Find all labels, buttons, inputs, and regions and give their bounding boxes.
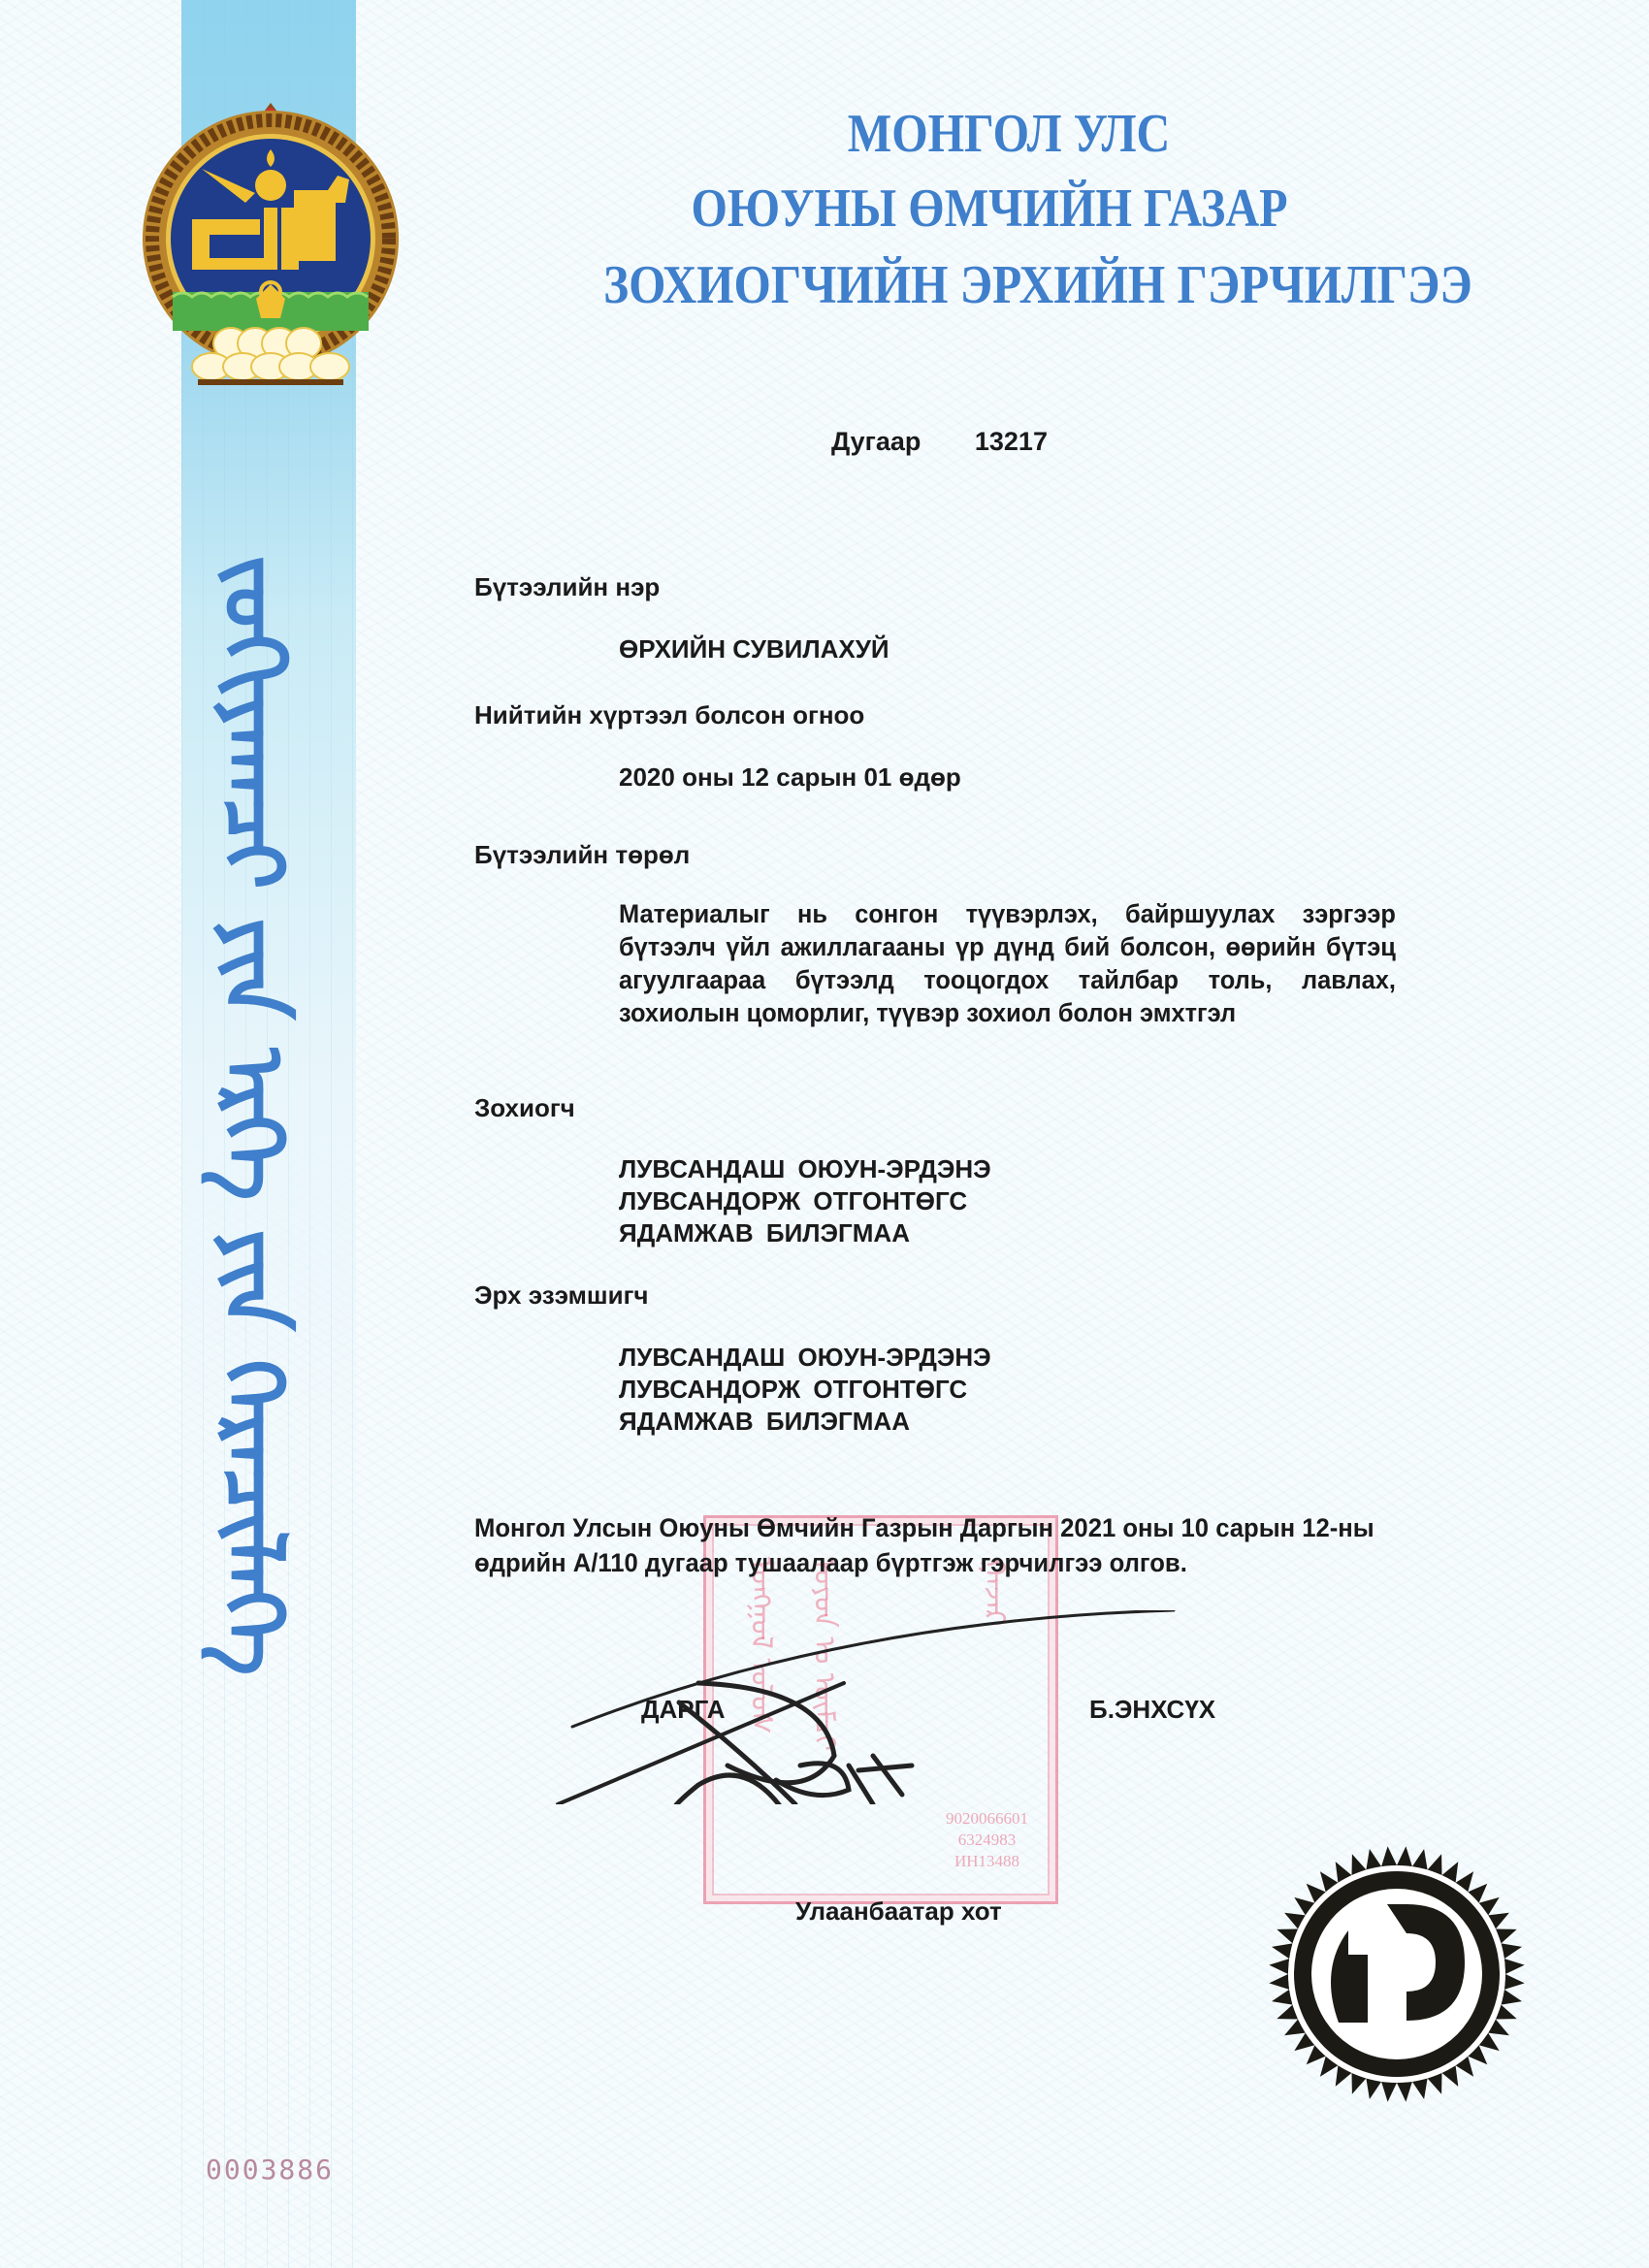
stamp-line: 9020066601 [946,1808,1028,1830]
title-agency: ОЮУНЫ ӨМЧИЙН ГАЗАР [489,178,1490,240]
city: Улаанбаатар хот [795,1896,1002,1927]
vertical-script-text: ᠵᠣᠬᠢᠶᠠᠭᠴᠢ ᠶᠢᠨ ᠡᠷᠬᠡ ᠶᠢᠨ ᠭᠡᠷᠡᠴᠢᠯᠡᠭᠡ [199,556,344,1676]
work-type-label: Бүтээлийн төрөл [474,840,690,870]
stamp-line: 6324983 [946,1830,1028,1851]
certificate-number: Дугаар 13217 [831,427,1048,457]
authors-list: ЛУВСАНДАШ ОЮУН-ЭРДЭНЭ ЛУВСАНДОРЖ ОТГОНТӨ… [619,1153,991,1249]
work-name-value: ӨРХИЙН СУВИЛАХУЙ [619,634,889,664]
author-name: ЛУВСАНДАШ ОЮУН-ЭРДЭНЭ [619,1153,991,1185]
serial-number: 0003886 [206,2154,334,2186]
work-name-label: Бүтээлийн нэр [474,572,660,602]
number-value: 13217 [975,427,1048,456]
state-emblem-icon [134,93,407,394]
vertical-mongolian-title: ᠵᠣᠬᠢᠶᠠᠭᠴᠢ ᠶᠢᠨ ᠡᠷᠬᠡ ᠶᠢᠨ ᠭᠡᠷᠡᠴᠢᠯᠡᠭᠡ [175,504,369,1727]
work-type-value: Материалыг нь сонгон түүвэрлэх, байршуул… [619,897,1396,1029]
holder-name: ЯДАМЖАВ БИЛЭГМАА [619,1406,991,1438]
holder-name: ЛУВСАНДОРЖ ОТГОНТӨГС [619,1374,991,1406]
stamp-registration-numbers: 9020066601 6324983 ИН13488 [946,1808,1028,1872]
title-certificate: ЗОХИОГЧИЙН ЭРХИЙН ГЭРЧИЛГЭЭ [501,254,1576,316]
authors-label: Зохиогч [474,1093,575,1123]
title-country: МОНГОЛ УЛС [508,103,1509,165]
stamp-line: ИН13488 [946,1851,1028,1872]
publication-date-label: Нийтийн хүртээл болсон огноо [474,700,864,730]
author-name: ЛУВСАНДОРЖ ОТГОНТӨГС [619,1185,991,1217]
holders-label: Эрх эзэмшигч [474,1280,649,1311]
holders-list: ЛУВСАНДАШ ОЮУН-ЭРДЭНЭ ЛУВСАНДОРЖ ОТГОНТӨ… [619,1342,991,1438]
decree-text: Монгол Улсын Оюуны Өмчийн Газрын Даргын … [474,1510,1451,1580]
holder-name: ЛУВСАНДАШ ОЮУН-ЭРДЭНЭ [619,1342,991,1374]
number-label: Дугаар [831,427,921,456]
signature-icon [553,1610,1183,1804]
ip-seal-icon [1261,1838,1533,2110]
author-name: ЯДАМЖАВ БИЛЭГМАА [619,1217,991,1249]
publication-date-value: 2020 оны 12 сарын 01 өдөр [619,762,961,793]
